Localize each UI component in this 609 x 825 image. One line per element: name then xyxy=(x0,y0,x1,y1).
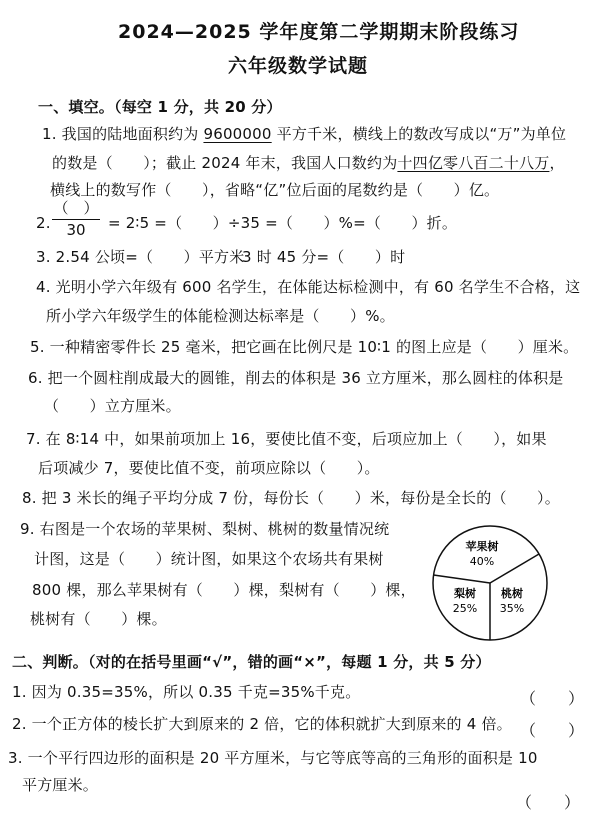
slice-percent-apple: 40% xyxy=(470,555,494,568)
slice-label-apple: 苹果树 xyxy=(466,539,499,553)
exam-title: 2024—2025 学年度第二学期期末阶段练习 xyxy=(118,22,519,42)
q9-line3: 800 棵，那么苹果树有（ ）棵，梨树有（ ）棵， xyxy=(32,580,416,600)
fraction-numerator: （ ） xyxy=(52,197,100,218)
q1-line1: 1. 我国的陆地面积约为 9600000 平方千米，横线上的数改写成以“万”为单… xyxy=(42,124,566,144)
slice-label-peach: 桃树 xyxy=(501,586,523,600)
q1-text: 1. 我国的陆地面积约为 xyxy=(42,125,203,143)
q1-line2: 的数是（ ）；截止 2024 年末，我国人口数约为十四亿零八百二十八万， xyxy=(52,153,565,173)
q2-fraction: （ ） 30 xyxy=(52,197,100,239)
q3-part1: 3. 2.54 公顷=（ ）平方米 xyxy=(36,247,244,267)
q1-line2-post: ， xyxy=(549,154,564,172)
q7-line2: 后项减少 7，要使比值不变，前项应除以（ ）。 xyxy=(38,458,380,478)
judge-q1-answer-slot[interactable]: （ ） xyxy=(520,686,584,709)
q6-line2: （ ）立方厘米。 xyxy=(44,396,181,416)
judge-q3-answer-slot[interactable]: （ ） xyxy=(516,790,580,813)
q9-line4: 桃树有（ ）棵。 xyxy=(30,609,167,629)
q5-line1: 5. 一种精密零件长 25 毫米，把它画在比例尺是 10∶1 的图上应是（ ）厘… xyxy=(30,337,578,357)
exam-subtitle: 六年级数学试题 xyxy=(228,56,368,76)
slice-percent-pear: 25% xyxy=(453,602,477,615)
judge-q1: 1. 因为 0.35=35%，所以 0.35 千克=35%千克。 xyxy=(12,682,360,702)
q7-line1: 7. 在 8∶14 中，如果前项加上 16，要使比值不变，后项应加上（ ），如果 xyxy=(26,429,547,449)
q3-part2: 3 时 45 分=（ ）时 xyxy=(242,247,405,267)
section-2-heading: 二、判断。（对的在括号里画“√”，错的画“×”，每题 1 分，共 5 分） xyxy=(12,652,491,672)
q2-rest: = 2∶5 =（ ）÷35 =（ ）%=（ ）折。 xyxy=(108,213,457,233)
q2-number: 2. xyxy=(36,213,51,233)
q6-line1: 6. 把一个圆柱削成最大的圆锥，削去的体积是 36 立方厘米，那么圆柱的体积是 xyxy=(28,368,564,388)
judge-q2: 2. 一个正方体的棱长扩大到原来的 2 倍，它的体积就扩大到原来的 4 倍。 xyxy=(12,714,512,734)
fraction-denominator: 30 xyxy=(52,221,100,239)
q9-line1: 9. 右图是一个农场的苹果树、梨树、桃树的数量情况统 xyxy=(20,519,389,539)
judge-q3-line2: 平方厘米。 xyxy=(22,775,98,795)
q8-line1: 8. 把 3 米长的绳子平均分成 7 份，每份长（ ）米，每份是全长的（ ）。 xyxy=(22,488,560,508)
judge-q3-line1: 3. 一个平行四边形的面积是 20 平方厘米，与它等底等高的三角形的面积是 10 xyxy=(8,748,538,768)
q1-underlined-area: 9600000 xyxy=(203,125,271,143)
slice-percent-peach: 35% xyxy=(500,602,524,615)
section-1-heading: 一、填空。（每空 1 分，共 20 分） xyxy=(38,97,282,117)
q1-line3: 横线上的数写作（ ），省略“亿”位后面的尾数约是（ ）亿。 xyxy=(50,180,499,200)
q4-line1: 4. 光明小学六年级有 600 名学生，在体能达标检测中，有 60 名学生不合格… xyxy=(36,277,580,297)
q4-line2: 所小学六年级学生的体能检测达标率是（ ）%。 xyxy=(46,306,395,326)
q1-text-post: 平方千米，横线上的数改写成以“万”为单位 xyxy=(272,125,567,143)
fruit-tree-pie-chart: 苹果树 40% 桃树 35% 梨树 25% xyxy=(425,522,555,647)
q1-underlined-population: 十四亿零八百二十八万 xyxy=(397,154,549,172)
q1-line2-text: 的数是（ ）；截止 2024 年末，我国人口数约为 xyxy=(52,154,397,172)
fraction-bar xyxy=(52,219,100,220)
slice-label-pear: 梨树 xyxy=(454,586,476,600)
judge-q2-answer-slot[interactable]: （ ） xyxy=(520,718,584,741)
q9-line2: 计图，这是（ ）统计图，如果这个农场共有果树 xyxy=(34,549,384,569)
